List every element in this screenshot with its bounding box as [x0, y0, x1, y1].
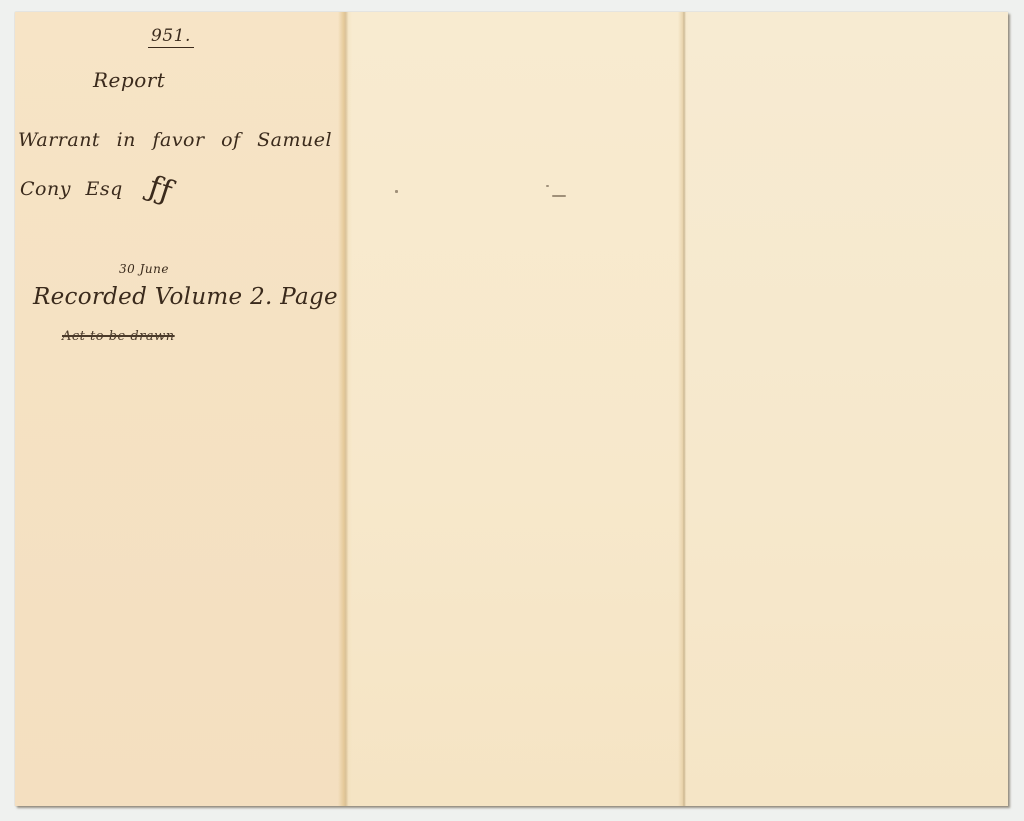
folded-paper-sheet: 951. Report Warrant in favor of Samuel C…	[15, 12, 1008, 806]
ink-speck	[546, 185, 549, 187]
struck-through-note: Act to be drawn	[62, 329, 175, 344]
docket-heading: Report	[93, 68, 165, 92]
fold-line-right	[678, 12, 688, 806]
left-panel: 951. Report Warrant in favor of Samuel C…	[15, 12, 345, 806]
fold-line-left	[338, 12, 352, 806]
recorded-note: Recorded Volume 2. Page 423	[33, 284, 390, 310]
middle-panel	[345, 12, 684, 806]
date-note: 30 June	[119, 262, 169, 276]
right-panel	[684, 12, 1008, 806]
docket-number: 951.	[148, 26, 194, 48]
scanned-document: 951. Report Warrant in favor of Samuel C…	[0, 0, 1024, 821]
docket-description-line-2: Cony Esq	[20, 178, 123, 200]
ink-speck	[552, 195, 566, 197]
ink-speck	[395, 190, 398, 193]
docket-description-line-1: Warrant in favor of Samuel	[18, 129, 332, 151]
pen-mark: ƒƒ	[144, 169, 177, 209]
